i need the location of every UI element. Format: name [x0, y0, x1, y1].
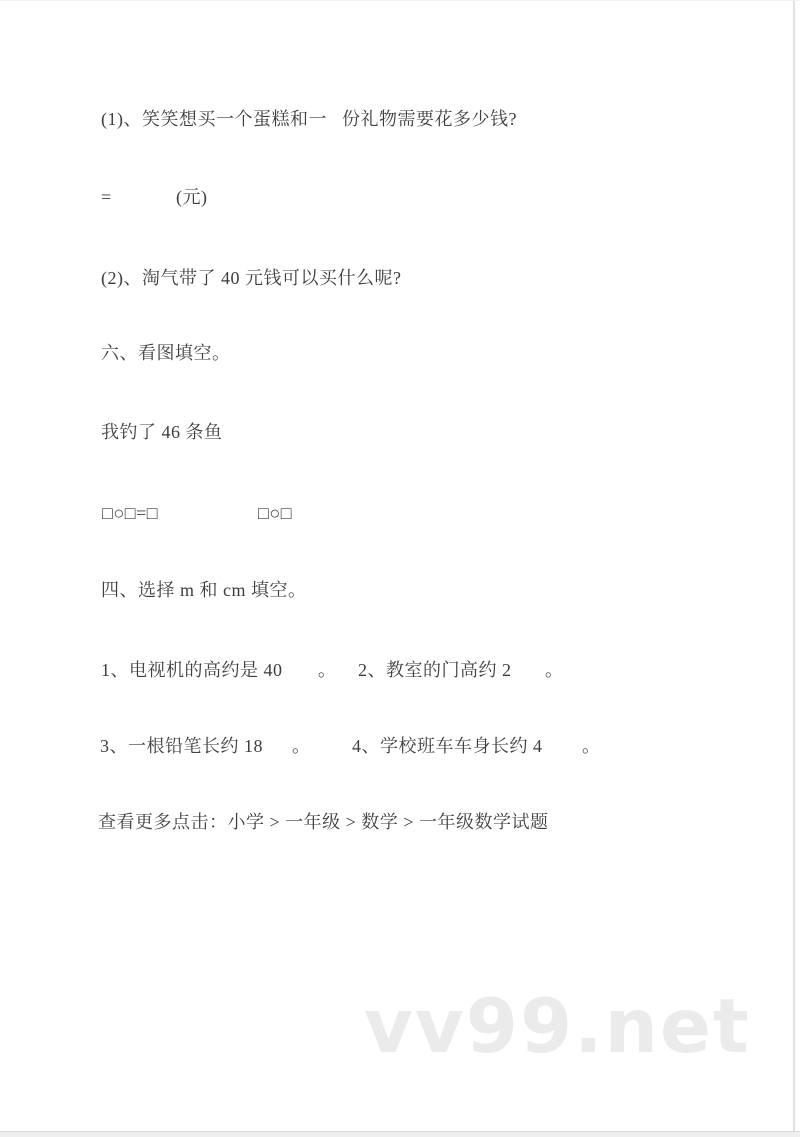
item-2-text: 2、教室的门高约 2 — [358, 656, 512, 684]
equals-sign: = — [101, 183, 112, 211]
line-fill-items-3-4: 3、一根铅笔长约 18 。 4、学校班车车身长约 4 。 — [0, 732, 800, 760]
line-question-sub1: (1)、笑笑想买一个蛋糕和一 份礼物需要花多少钱? — [0, 105, 800, 133]
item-1-period: 。 — [318, 656, 337, 684]
worksheet-page: (1)、笑笑想买一个蛋糕和一 份礼物需要花多少钱? = (元) (2)、淘气带了… — [0, 0, 800, 1137]
line-answer-equation: = (元) — [0, 183, 800, 211]
line-breadcrumb: 查看更多点击：小学 > 一年级 > 数学 > 一年级数学试题 — [0, 808, 800, 836]
fish-statement-text: 我钓了 46 条鱼 — [101, 418, 223, 446]
item-3-text: 3、一根铅笔长约 18 — [100, 732, 263, 760]
line-section-four-heading: 四、选择 m 和 cm 填空。 — [0, 576, 800, 604]
section-six-heading-text: 六、看图填空。 — [101, 339, 231, 367]
item-2-period: 。 — [545, 656, 564, 684]
breadcrumb-text: 查看更多点击：小学 > 一年级 > 数学 > 一年级数学试题 — [98, 808, 548, 836]
watermark: vv99.net — [364, 989, 751, 1064]
bottom-page-edge — [0, 1131, 800, 1137]
line-formula-boxes: □○□=□ □○□ — [0, 499, 800, 527]
formula-boxes-left: □○□=□ — [102, 499, 158, 527]
formula-boxes-right: □○□ — [258, 499, 292, 527]
question-sub1-text: (1)、笑笑想买一个蛋糕和一 份礼物需要花多少钱? — [101, 105, 517, 133]
question-sub2-text: (2)、淘气带了 40 元钱可以买什么呢? — [101, 264, 401, 292]
item-4-text: 4、学校班车车身长约 4 — [352, 732, 543, 760]
line-section-six-heading: 六、看图填空。 — [0, 339, 800, 367]
yuan-unit: (元) — [176, 183, 208, 211]
line-fill-items-1-2: 1、电视机的高约是 40 。 2、教室的门高约 2 。 — [0, 656, 800, 684]
right-page-border — [793, 1, 795, 1131]
line-fish-statement: 我钓了 46 条鱼 — [0, 418, 800, 446]
item-1-text: 1、电视机的高约是 40 — [101, 656, 283, 684]
item-4-period: 。 — [582, 732, 601, 760]
item-3-period: 。 — [292, 732, 311, 760]
section-four-heading-text: 四、选择 m 和 cm 填空。 — [101, 576, 307, 604]
line-question-sub2: (2)、淘气带了 40 元钱可以买什么呢? — [0, 264, 800, 292]
